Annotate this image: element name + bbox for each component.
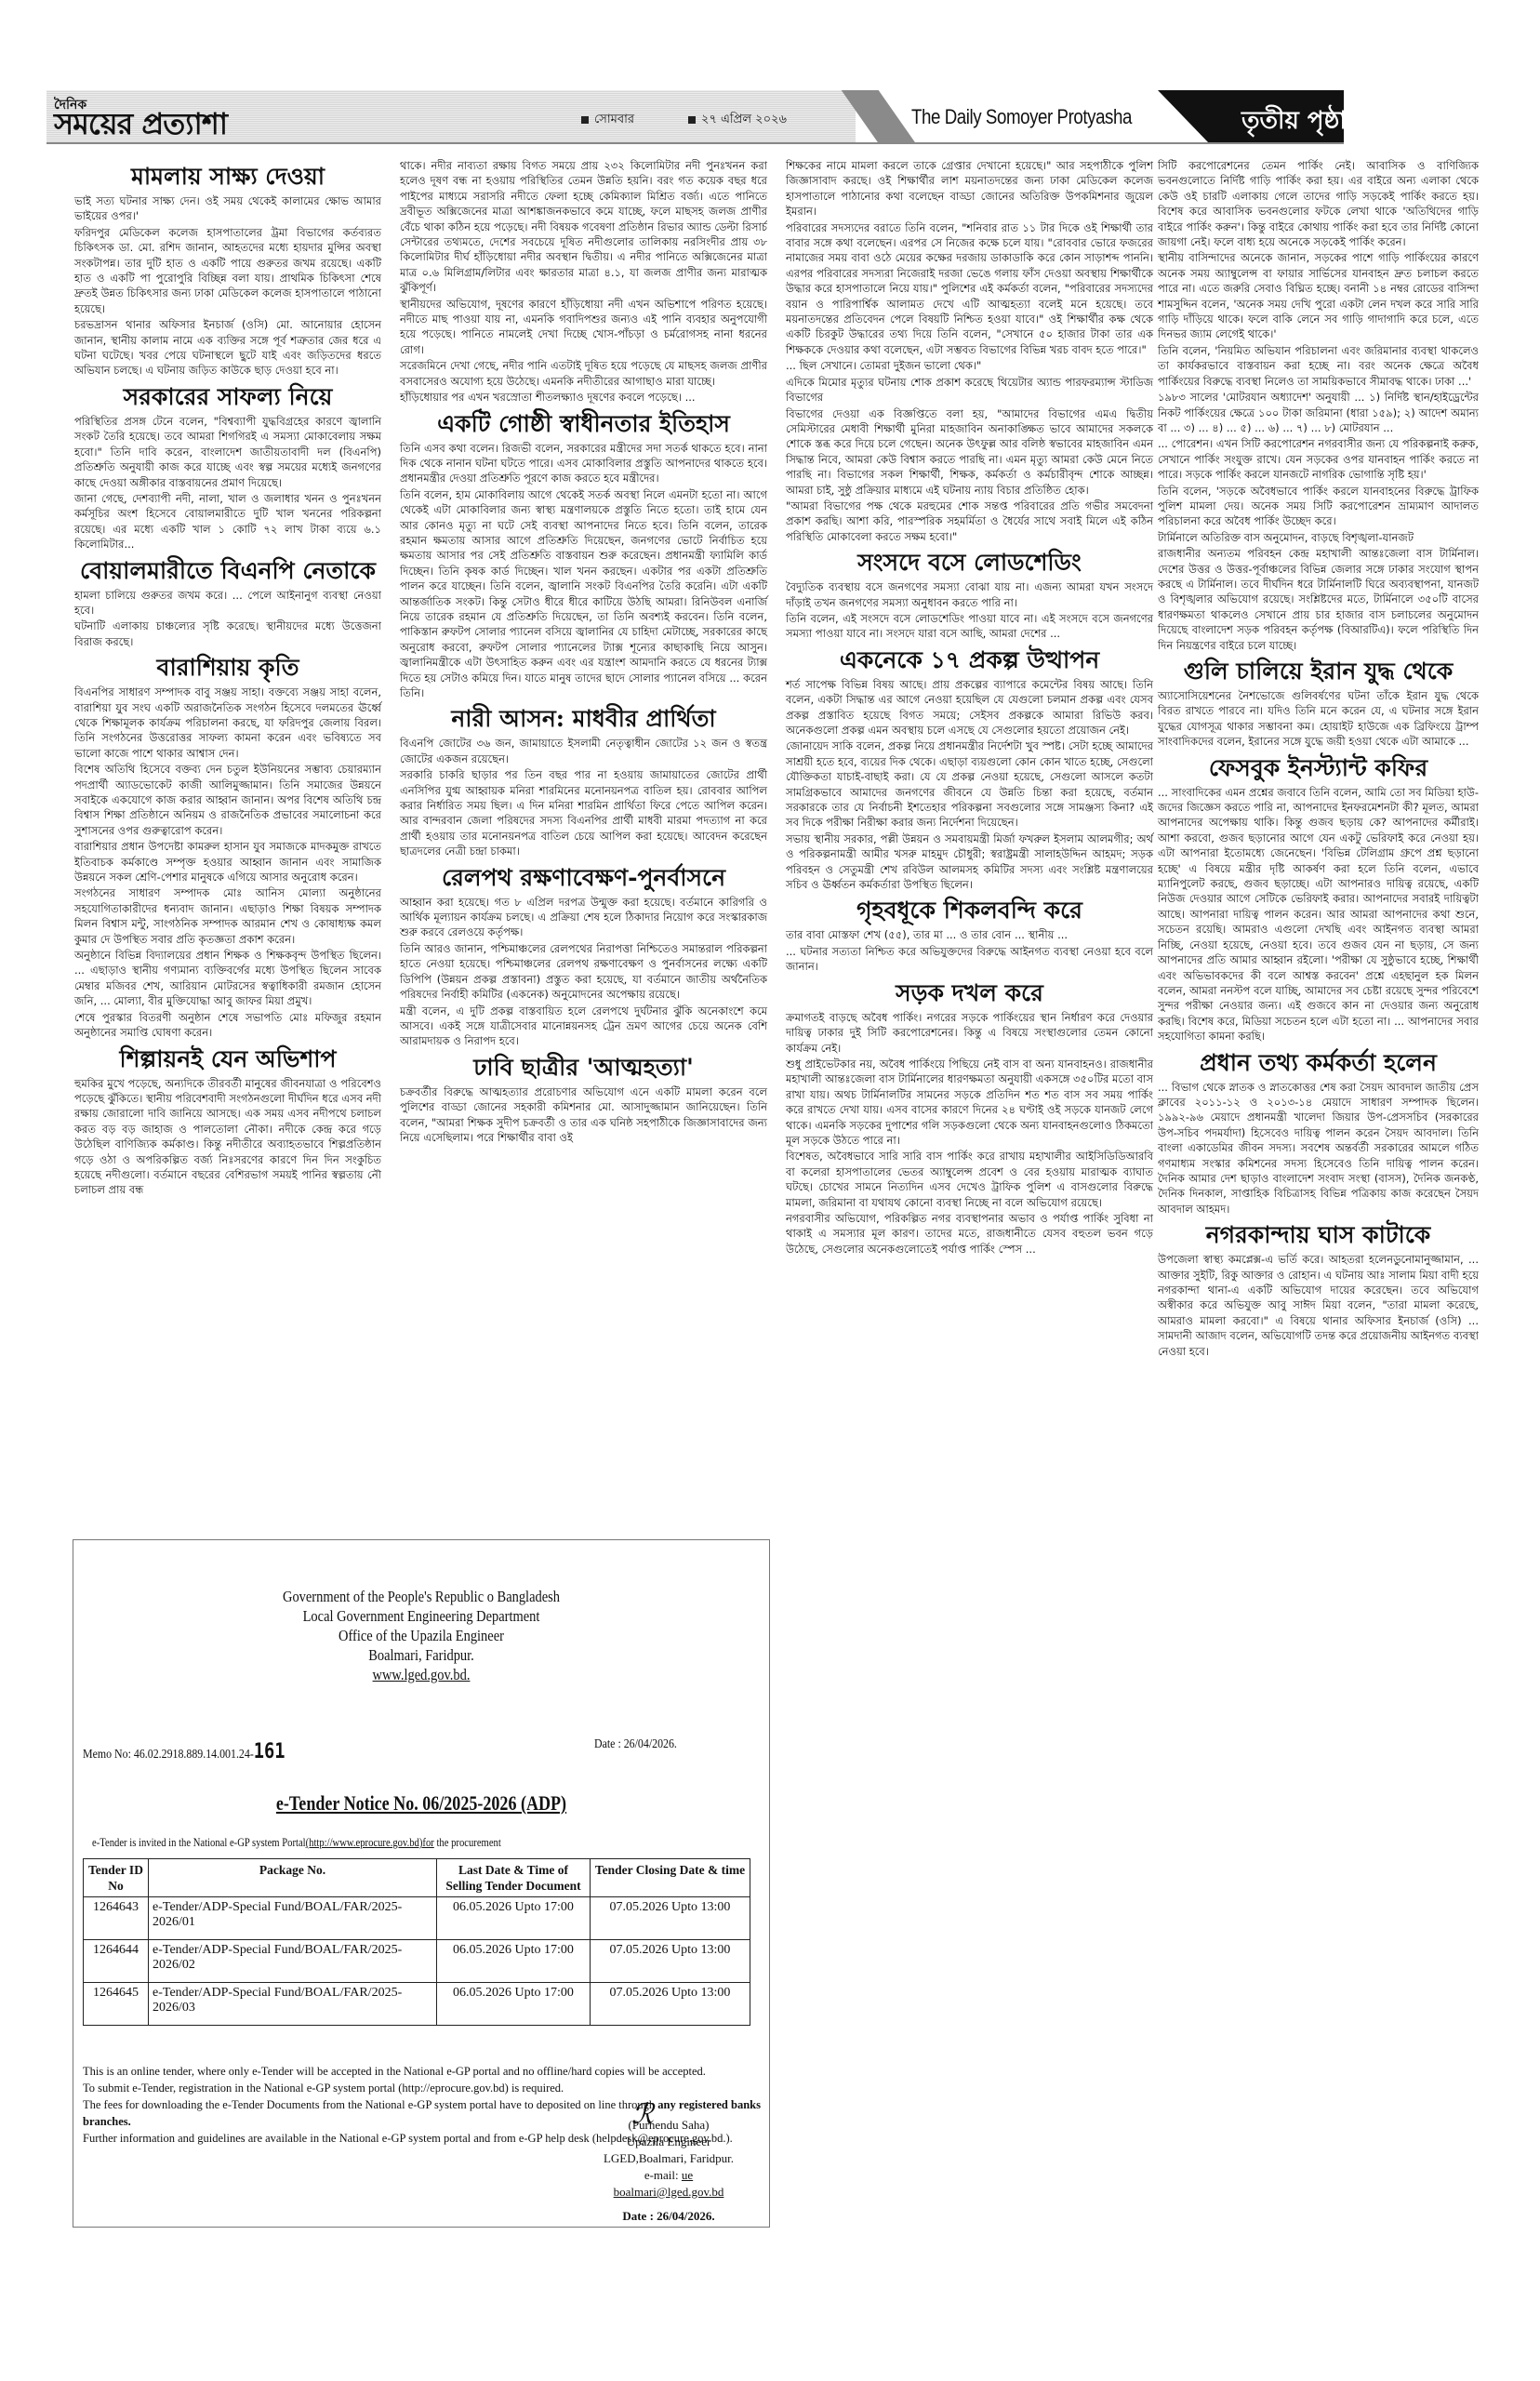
article-paragraph: তিনি বলেন, এই সংসদে বসে লোডশেডিং পাওয়া …: [786, 611, 1153, 642]
tender-advertisement: Government of the People's Republic o Ba…: [73, 1539, 770, 2228]
headline: বোয়ালমারীতে বিএনপি নেতাকে: [74, 556, 381, 586]
article-paragraph: হাঁড়িধোয়ার পর এখন খরস্রোতা শীতলক্ষ্যাও…: [400, 390, 767, 405]
signatory-name: (Purnendu Saha): [590, 2117, 748, 2134]
tender-table-header-row: Tender ID No Package No. Last Date & Tim…: [84, 1859, 750, 1897]
headline: সরকারের সাফল্য নিয়ে: [74, 382, 381, 412]
headline: ঢাবি ছাত্রীর 'আত্মহত্যা': [400, 1053, 767, 1083]
headline: সংসদে বসে লোডশেডিং: [786, 548, 1153, 578]
article-paragraph: অ্যাসোসিয়েশনের নৈশভোজে গুলিবর্ষণের ঘটনা…: [1158, 688, 1479, 750]
headline: সড়ক দখল করে: [786, 978, 1153, 1008]
article-paragraph: তিনি বলেন, 'সড়কে অবৈধভাবে পার্কিং করলে …: [1158, 484, 1479, 529]
article-paragraph: সরেজমিনে দেখা গেছে, নদীর পানি এতটাই দূষি…: [400, 358, 767, 389]
article-paragraph: ... বিভাগ থেকে স্নাতক ও স্নাতকোত্তর শেষ …: [1158, 1080, 1479, 1217]
article-paragraph: উপজেলা স্বাস্থ্য কমপ্লেক্স-এ ভর্তি করে। …: [1158, 1252, 1479, 1359]
headline: গৃহবধূকে শিকলবন্দি করে: [786, 896, 1153, 925]
table-row: 1264645 e-Tender/ADP-Special Fund/BOAL/F…: [84, 1983, 750, 2026]
article-subheading: টার্মিনালে অতিরিক্ত বাস অনুমোদন, বাড়ছে …: [1158, 530, 1479, 545]
tender-id-cell: 1264643: [84, 1897, 149, 1940]
headline: রেলপথ রক্ষণাবেক্ষণ-পুনর্বাসনে: [400, 863, 767, 893]
article-paragraph: ... ঘটনার সত্যতা নিশ্চিত করে অভিযুক্তদের…: [786, 944, 1153, 975]
headline: নারী আসন: মাধবীর প্রার্থিতা: [400, 704, 767, 734]
article-paragraph: পরিবারের সদস্যদের বরাতে তিনি বলেন, "শনিব…: [786, 220, 1153, 358]
article-paragraph: ১৯৮৩ সালের 'মোটরযান অধ্যাদেশ' অনুযায়ী .…: [1158, 390, 1479, 435]
package-cell: e-Tender/ADP-Special Fund/BOAL/FAR/2025-…: [149, 1897, 437, 1940]
article-paragraph: তিনি আরও জানান, পশ্চিমাঞ্চলের রেলপথের নি…: [400, 941, 767, 1003]
eprocure-link[interactable]: (http://www.eprocure.gov.bd)for: [306, 1836, 434, 1849]
article-paragraph: তার বাবা মোস্তফা শেখ (৫৫), তার মা ... ও …: [786, 927, 1153, 942]
article-paragraph: ক্রমাগতই বাড়ছে অবৈধ পার্কিং। নগরের সড়ক…: [786, 1010, 1153, 1056]
article-paragraph: জোনায়েদ সাকি বলেন, প্রকল্প নিয়ে প্রধান…: [786, 738, 1153, 830]
ad-header-line: Government of the People's Republic o Ba…: [126, 1587, 717, 1606]
date-text: ২৭ এপ্রিল ২০২৬: [701, 113, 787, 126]
article-paragraph: থাকে। নদীর নাব্যতা রক্ষায় বিগত সময়ে প্…: [400, 158, 767, 296]
tender-id-cell: 1264645: [84, 1983, 149, 2026]
article-paragraph: চক্রবর্তীর বিরুদ্ধে আত্মহত্যার প্ররোচণার…: [400, 1084, 767, 1146]
col-header-tender-id: Tender ID No: [84, 1859, 149, 1897]
masthead-weekday: সোমবার: [581, 111, 634, 130]
headline: একটি গোষ্ঠী স্বাধীনতার ইতিহাস: [400, 409, 767, 439]
article-paragraph: শুধু প্রাইভেটকার নয়, অবৈধ পার্কিংয়ে পি…: [786, 1057, 1153, 1148]
headline: গুলি চালিয়ে ইরান যুদ্ধ থেকে: [1158, 657, 1479, 686]
col-header-closing-date: Tender Closing Date & time: [591, 1859, 750, 1897]
article-paragraph: বিশেষত, অবৈধভাবে সারি সারি বাস পার্কিং ক…: [786, 1149, 1153, 1210]
selling-date-cell: 06.05.2026 Upto 17:00: [437, 1983, 591, 2026]
article-paragraph: তিনি বলেন, হাম মোকাবিলায় আগে থেকেই সতর্…: [400, 487, 767, 701]
ad-website-link[interactable]: www.lged.gov.bd.: [126, 1665, 717, 1684]
ad-note-line: This is an online tender, where only e-T…: [83, 2063, 762, 2080]
closing-date-cell: 07.05.2026 Upto 13:00: [591, 1897, 750, 1940]
signatory-title: Upazila Engineer: [590, 2134, 748, 2150]
headline: শিল্পায়নই যেন অভিশাপ: [74, 1044, 381, 1074]
article-paragraph: শর্ত সাপেক্ষ বিভিন্ন বিষয় আছে। প্রায় প…: [786, 677, 1153, 738]
column-1: মামলায় সাক্ষ্য দেওয়া ভাই সত্য ঘটনার সা…: [74, 158, 381, 1199]
ad-date-top: Date : 26/04/2026.: [594, 1737, 677, 1752]
ad-invite-line: e-Tender is invited in the National e-GP…: [92, 1836, 501, 1850]
masthead-left-band: দৈনিক সময়ের প্রত্যাশা সোমবার ২৭ এপ্রিল …: [46, 90, 856, 144]
article-paragraph: বিএনপির সাধারণ সম্পাদক বাবু সঞ্জয় সাহা।…: [74, 685, 381, 761]
masthead-rule: [288, 142, 1344, 144]
note-text: The fees for downloading the e-Tender Do…: [83, 2098, 657, 2111]
ad-header-line: Office of the Upazila Engineer: [126, 1626, 717, 1645]
article-paragraph: হুমকির মুখে পড়েছে, অন্যদিকে তীরবর্তী মা…: [74, 1076, 381, 1198]
article-paragraph: ... পোরেশন। এখন সিটি করপোরেশন নগরবাসীর জ…: [1158, 436, 1479, 482]
article-paragraph: তিনি বলেন, 'নিয়মিত অভিযান পরিচালনা এবং …: [1158, 343, 1479, 389]
ad-letterhead: Government of the People's Republic o Ba…: [126, 1587, 717, 1684]
article-paragraph: স্থানীয় বাসিন্দাদের অনেকে জানান, সড়কের…: [1158, 250, 1479, 341]
article-paragraph: বৈদ্যুতিক ব্যবস্থায় বসে জনগণের সমস্যা ব…: [786, 579, 1153, 610]
invite-suffix: the procurement: [434, 1836, 501, 1849]
headline: বারাশিয়ায় কৃতি: [74, 653, 381, 683]
article-paragraph: জানা গেছে, দেশব্যাপী নদী, নালা, খাল ও জল…: [74, 491, 381, 552]
column-2: থাকে। নদীর নাব্যতা রক্ষায় বিগত সময়ে প্…: [400, 158, 767, 1146]
article-paragraph: সংগঠনের সাধারণ সম্পাদক মোঃ আনিস মোল্যা অ…: [74, 885, 381, 947]
article-paragraph: শিক্ষকের নামে মামলা করলে তাকে গ্রেপ্তার …: [786, 158, 1153, 219]
tender-table: Tender ID No Package No. Last Date & Tim…: [83, 1858, 750, 2026]
ad-memo-number: Memo No: 46.02.2918.889.14.001.24-161: [83, 1740, 285, 1763]
article-paragraph: ভাই সত্য ঘটনার সাক্ষ্য দেন। ওই সময় থেকে…: [74, 193, 381, 224]
article-paragraph: আহ্বান করা হয়েছে। গত ৮ এপ্রিল দরপত্র উন…: [400, 895, 767, 940]
article-paragraph: "আমরা বিভাগের পক্ষ থেকে মরহুমের শোক সন্ত…: [786, 499, 1153, 544]
headline: প্রধান তথ্য কর্মকর্তা হলেন: [1158, 1048, 1479, 1078]
ad-note-line: To submit e-Tender, registration in the …: [83, 2080, 762, 2096]
headline: ফেসবুক ইনস্ট্যান্ট কফির: [1158, 753, 1479, 783]
article-paragraph: ... সাংবাদিকের এমন প্রশ্নের জবাবে তিনি ব…: [1158, 785, 1479, 1044]
article-paragraph: বিএনপি জোটের ৩৬ জন, জামায়াতে ইসলামী নেত…: [400, 736, 767, 766]
article-paragraph: বিভাগের দেওয়া এক বিজ্ঞপ্তিতে বলা হয়, "…: [786, 406, 1153, 498]
article-paragraph: বারাশিয়ার প্রধান উপদেষ্টা কামরুল হাসান …: [74, 839, 381, 885]
column-4: সিটি করপোরেশনের তেমন পার্কিং নেই। আবাসিক…: [1158, 158, 1479, 1360]
column-3: শিক্ষকের নামে মামলা করলে তাকে গ্রেপ্তার …: [786, 158, 1153, 1257]
ad-header-line: Local Government Engineering Department: [126, 1606, 717, 1626]
article-paragraph: ঘটনাটি এলাকায় চাঞ্চল্যের সৃষ্টি করেছে। …: [74, 619, 381, 649]
article-paragraph: রাজধানীর অন্যতম পরিবহন কেন্দ্র মহাখালী আ…: [1158, 546, 1479, 653]
tender-id-cell: 1264644: [84, 1940, 149, 1983]
closing-date-cell: 07.05.2026 Upto 13:00: [591, 1940, 750, 1983]
article-paragraph: সভায় স্থানীয় সরকার, পল্লী উন্নয়ন ও সম…: [786, 831, 1153, 893]
masthead: দৈনিক সময়ের প্রত্যাশা সোমবার ২৭ এপ্রিল …: [46, 90, 1531, 144]
memo-handwritten-number: 161: [254, 1740, 285, 1763]
table-row: 1264644 e-Tender/ADP-Special Fund/BOAL/F…: [84, 1940, 750, 1983]
table-row: 1264643 e-Tender/ADP-Special Fund/BOAL/F…: [84, 1897, 750, 1940]
package-cell: e-Tender/ADP-Special Fund/BOAL/FAR/2025-…: [149, 1940, 437, 1983]
bullet-square-icon: [581, 116, 589, 124]
page-label: তৃতীয় পৃষ্ঠা: [1241, 101, 1347, 142]
signatory-date: Date : 26/04/2026.: [590, 2208, 748, 2225]
headline: নগরকান্দায় ঘাস কাটাকে: [1158, 1220, 1479, 1250]
ad-header-line: Boalmari, Faridpur.: [126, 1645, 717, 1665]
article-paragraph: ফরিদপুর মেডিকেল কলেজ হাসপাতালের ট্রমা বি…: [74, 225, 381, 316]
article-paragraph: হামলা চালিয়ে গুরুতর জখম করে। ... পেলে আ…: [74, 588, 381, 619]
article-paragraph: চরভদ্রাসন থানার অফিসার ইনচার্জ (ওসি) মো.…: [74, 317, 381, 379]
masthead-date: ২৭ এপ্রিল ২০২৬: [688, 111, 787, 130]
article-paragraph: সরকারি চাকরি ছাড়ার পর তিন বছর পার না হও…: [400, 767, 767, 858]
article-paragraph: স্থানীয়দের অভিযোগ, দূষণের কারণে হাঁড়িধ…: [400, 297, 767, 358]
article-paragraph: বিশেষ অতিথি হিসেবে বক্তব্য দেন চতুল ইউনি…: [74, 762, 381, 838]
article-paragraph: এদিকে মিমোর মৃত্যুর ঘটনায় শোক প্রকাশ কর…: [786, 375, 1153, 406]
col-header-package-no: Package No.: [149, 1859, 437, 1897]
article-paragraph: শেষে পুরস্কার বিতরণী অনুষ্ঠান শেষে সভাপত…: [74, 1010, 381, 1041]
article-paragraph: মন্ত্রী বলেন, এ দুটি প্রকল্প বাস্তবায়িত…: [400, 1004, 767, 1049]
ad-notice-title: e-Tender Notice No. 06/2025-2026 (ADP): [136, 1791, 706, 1816]
article-paragraph: অনুষ্ঠানে বিভিন্ন বিদ্যালয়ের প্রধান শিক…: [74, 948, 381, 1009]
article-paragraph: তিনি এসব কথা বলেন। রিজভী বলেন, সরকারের ম…: [400, 441, 767, 486]
selling-date-cell: 06.05.2026 Upto 17:00: [437, 1897, 591, 1940]
ad-signatory: (Purnendu Saha) Upazila Engineer LGED,Bo…: [590, 2117, 748, 2225]
col-header-selling-date: Last Date & Time of Selling Tender Docum…: [437, 1859, 591, 1897]
article-paragraph: ... ছিল সেখানে। তোমরা দুইজন ভালো থেক।": [786, 358, 1153, 373]
article-paragraph: নগরবাসীর অভিযোগ, পরিকল্পিত নগর ব্যবস্থাপ…: [786, 1211, 1153, 1257]
package-cell: e-Tender/ADP-Special Fund/BOAL/FAR/2025-…: [149, 1983, 437, 2026]
selling-date-cell: 06.05.2026 Upto 17:00: [437, 1940, 591, 1983]
article-paragraph: সিটি করপোরেশনের তেমন পার্কিং নেই। আবাসিক…: [1158, 158, 1479, 249]
invite-prefix: e-Tender is invited in the National e-GP…: [92, 1836, 306, 1849]
bullet-square-icon: [688, 116, 696, 124]
masthead-title-en: The Daily Somoyer Protyasha: [911, 105, 1132, 129]
signatory-office: LGED,Boalmari, Faridpur.: [590, 2150, 748, 2167]
article-paragraph: পরিস্থিতির প্রসঙ্গ টেনে বলেন, "বিশ্বব্যা…: [74, 414, 381, 490]
memo-label: Memo No: 46.02.2918.889.14.001.24-: [83, 1748, 254, 1762]
headline: মামলায় সাক্ষ্য দেওয়া: [74, 162, 381, 192]
closing-date-cell: 07.05.2026 Upto 13:00: [591, 1983, 750, 2026]
email-label: e-mail:: [644, 2168, 682, 2182]
weekday-text: সোমবার: [594, 113, 634, 126]
headline: একনেকে ১৭ প্রকল্প উত্থাপন: [786, 645, 1153, 675]
signatory-email-line: e-mail: ue boalmari@lged.gov.bd: [590, 2167, 748, 2201]
masthead-title-bn: সময়ের প্রত্যাশা: [54, 107, 227, 140]
